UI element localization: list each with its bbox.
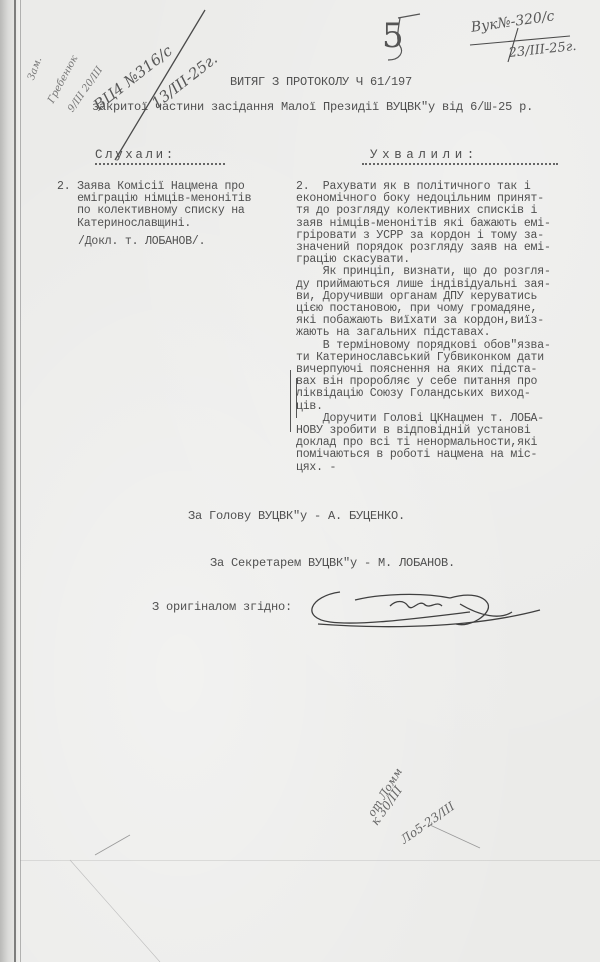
signature-icon xyxy=(312,592,540,627)
document-page: 5 ВЦ4 №316/с 13/III-25г. Вук№-320/с 23/I… xyxy=(0,0,600,962)
handwriting-strokes xyxy=(0,0,600,962)
